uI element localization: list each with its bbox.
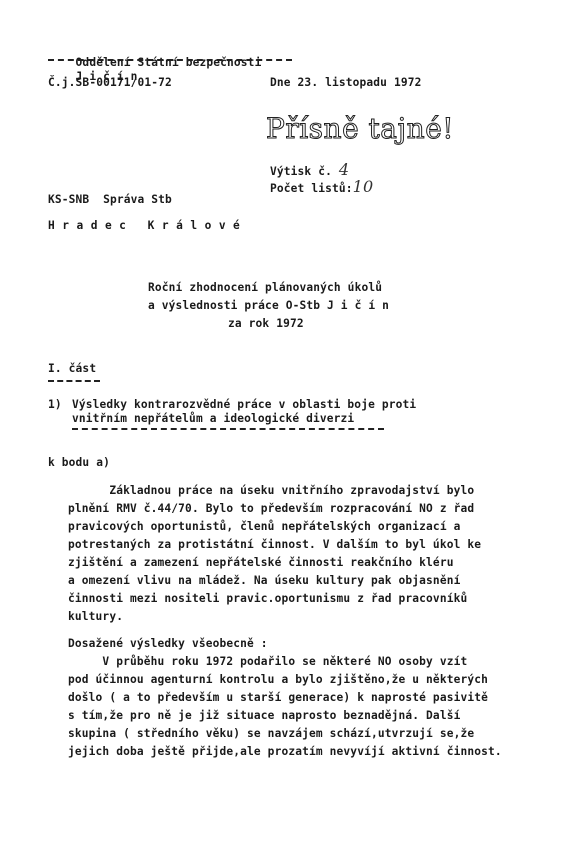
section-item-title-line1: Výsledky kontrarozvědné práce v oblasti … [72,398,416,412]
paragraph-line: pod účinnou agenturní kontrolu a bylo zj… [68,673,488,687]
pages-number-handwritten: 10 [353,177,374,196]
section-heading-underline [48,380,100,382]
paragraph-line: kultury. [68,610,123,624]
report-title-line2: a výslednosti práce O-Stb J i č í n [148,299,389,313]
pages-count-line: Počet listů:10 [270,180,373,196]
copy-label: Výtisk č. [270,165,332,178]
paragraph-line: s tím,že pro ně je již situace naprosto … [68,709,460,723]
recipient-office: KS-SNB Správa Stb [48,193,172,207]
paragraph-line: potrestaných za protistátní činnost. V d… [68,538,481,552]
section-item-number: 1) [48,398,62,412]
document-date: Dne 23. listopadu 1972 [270,76,421,90]
section-item-underline [72,428,384,430]
copy-number-handwritten: 4 [339,160,349,179]
reference-number: Č.j.SB-00171/01-72 [48,76,172,90]
point-label: k bodu a) [48,456,110,470]
copy-number-line: Výtisk č. 4 [270,163,349,179]
paragraph-line: zjištění a zamezení nepřátelské činnosti… [68,556,454,570]
header-underline [48,59,292,61]
paragraph-line: V průběhu roku 1972 podařilo se některé … [68,655,467,669]
paragraph-line: došlo ( a to především u starší generace… [68,691,488,705]
report-title-line1: Roční zhodnocení plánovaných úkolů [148,281,382,295]
pages-label: Počet listů: [270,182,353,195]
section-heading: I. část [48,362,96,376]
classification-stamp: Přísně tajné! [266,112,454,145]
paragraph-line: jejich doba ještě přijde,ale prozatím ne… [68,745,502,759]
recipient-city: Hradec Králové [48,219,247,233]
paragraph-line: skupina ( středního věku) se navzájem sc… [68,727,474,741]
department-name: Oddělení Státní bezpečnosti [76,56,262,69]
results-label: Dosažené výsledky všeobecně : [68,637,268,651]
paragraph-line: plnění RMV č.44/70. Bylo to především ro… [68,502,474,516]
paragraph-line: činnosti mezi nositeli pravic.oportunism… [68,592,467,606]
paragraph-line: a omezení vlivu na mládež. Na úseku kult… [68,574,460,588]
report-title-line3: za rok 1972 [228,317,304,331]
section-item-title-line2: vnitřním nepřátelům a ideologické diverz… [72,412,354,426]
paragraph-line: pravicových oportunistů, členů nepřátels… [68,520,460,534]
paragraph-line: Základnou práce na úseku vnitřního zprav… [68,484,474,498]
